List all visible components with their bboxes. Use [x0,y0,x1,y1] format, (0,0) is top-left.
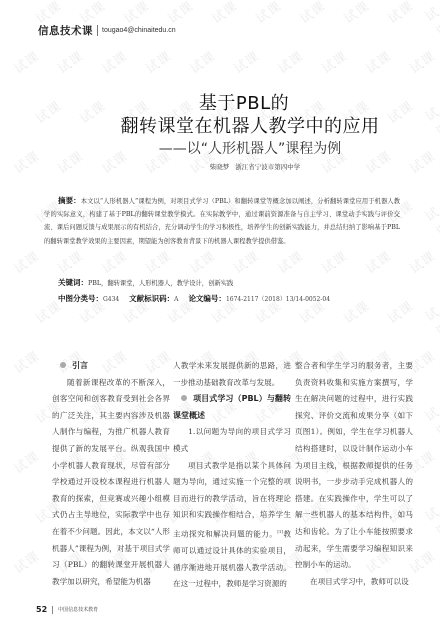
page-footer: 52 中国信息技术教育 [36,605,98,614]
watermark-text: 试课 [9,346,43,378]
watermark-text: 试课 [9,246,43,278]
bullet-icon [181,395,187,401]
watermark-text: 试课 [420,401,440,440]
watermark-text: 试课 [229,46,263,78]
watermark-text: 试课 [273,246,307,278]
watermark-text: 试课 [141,246,175,278]
watermark-text: 试课 [339,296,373,328]
abstract-text: 本文以“人形机器人”课程为例，对项目式学习（PBL）和翻转课堂等概念加以阐述，分… [44,198,400,245]
journal-name: 中国信息技术教育 [58,606,98,613]
watermark-text: 试课 [420,201,440,240]
watermark-text: 试课 [339,0,373,27]
watermark-text: 试课 [383,296,417,328]
watermark-text: 试课 [317,246,351,278]
watermark-text: 试课 [420,301,440,340]
watermark-text: 试课 [361,246,395,278]
watermark-text: 试课 [405,46,439,78]
running-header: 信息技术课 tougao4@chinaitedu.cn [38,23,176,38]
watermark-text: 试课 [185,246,219,278]
keywords: 关键词：PBL，翻转课堂，人形机器人，教学设计，创新实践 [58,277,233,288]
watermark-text: 试课 [9,546,43,578]
watermark-text: 试课 [53,246,87,278]
subheading: 1.以问题为导向的项目式学习模式 [173,424,291,457]
paragraph: 在项目式学习中，教师可以设 [295,574,413,591]
watermark-text: 试课 [229,246,263,278]
watermark-text: 试课 [141,46,175,78]
watermark-text: 试课 [185,46,219,78]
body-column-2: 人教学未来发展提供新的思路，进一步推动基础教育改革与发展。 项目式学习（PBL）… [173,358,291,593]
paper-number-value: 1674-2117（2018）13/14-0052-04 [226,296,330,303]
watermark-text: 试课 [53,46,87,78]
watermark-text: 试课 [361,46,395,78]
watermark-text: 试课 [420,501,440,540]
paragraph-continued: 人教学未来发展提供新的思路，进一步推动基础教育改革与发展。 [173,358,291,391]
watermark-text: 试课 [295,0,329,27]
paragraph-continued: 整合者和学生学习的服务者，主要负责资料收集和实施方案撰写，学生在解决问题的过程中… [295,358,413,574]
title-line-1: 基于PBL的 [48,93,440,115]
clc-label: 中图分类号： [58,294,103,303]
doc-code-value: A [174,296,178,303]
watermark-text: 试课 [207,0,241,27]
watermark-text: 试课 [9,446,43,478]
author-name: 柴晓梦 [210,163,230,171]
keywords-label: 关键词： [58,278,88,287]
body-column-3: 整合者和学生学习的服务者，主要负责资料收集和实施方案撰写，学生在解决问题的过程中… [295,358,413,590]
watermark-text: 试课 [97,46,131,78]
watermark-text: 试课 [9,46,43,78]
paper-number-label: 论文编号： [188,294,226,303]
abstract: 摘要：本文以“人形机器人”课程为例，对项目式学习（PBL）和翻转课堂等概念加以阐… [44,194,400,248]
subtitle: ——以“人形机器人”课程为例 [60,139,440,159]
title-block: 基于PBL的 翻转课堂在机器人教学中的应用 ——以“人形机器人”课程为例 柴晓梦… [0,93,440,171]
section-name: 信息技术课 [38,23,93,38]
paragraph: 随着新课程改革的不断深入，创客空间和创客教育受到社会各界的广泛关注，其主要内容涉… [52,375,170,591]
section-heading-pbl: 项目式学习（PBL）与翻转课堂概述 [173,391,291,424]
author-affiliation: 浙江省宁波市第四中学 [235,163,300,171]
section-heading-intro: 引言 [52,358,170,375]
paragraph: 项目式教学是指以某个具体问题为导向，通过实施一个完整的项目而进行的教学活动，旨在… [173,458,291,593]
watermark-text: 试课 [97,246,131,278]
title-line-2: 翻转课堂在机器人教学中的应用 [60,115,440,139]
classification-line: 中图分类号：G434 文献标识码：A 论文编号：1674-2117（2018）1… [58,293,330,304]
clc-value: G434 [103,296,119,303]
contact-email: tougao4@chinaitedu.cn [102,27,176,34]
page-number: 52 [36,605,47,614]
abstract-label: 摘要： [58,196,81,205]
watermark-text: 试课 [420,1,440,40]
watermark-text: 试课 [251,0,285,27]
doc-code-label: 文献标识码： [129,294,174,303]
body-column-1: 引言 随着新课程改革的不断深入，创客空间和创客教育受到社会各界的广泛关注，其主要… [52,358,170,590]
bullet-icon [60,362,66,368]
footer-divider [52,606,53,614]
author-line: 柴晓梦 浙江省宁波市第四中学 [70,162,440,171]
watermark-text: 试课 [405,246,439,278]
watermark-text: 试课 [383,0,417,27]
header-divider [97,25,98,36]
watermark-text: 试课 [317,46,351,78]
keywords-text: PBL，翻转课堂，人形机器人，教学设计，创新实践 [88,280,233,287]
watermark-text: 试课 [273,46,307,78]
